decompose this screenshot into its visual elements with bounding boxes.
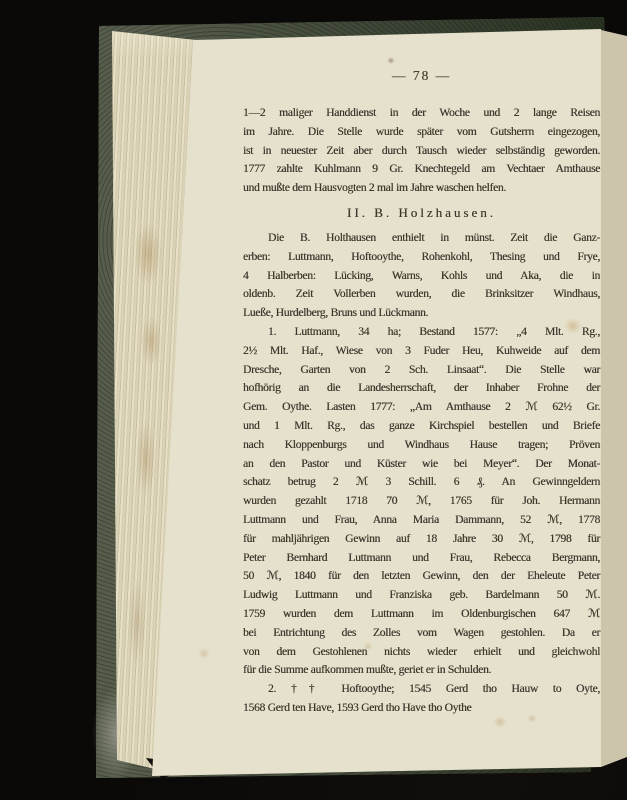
text-line: von dem Gestohlenen nichts wieder erhiel… <box>243 643 600 662</box>
text-line: Dresche, Garten von 2 Sch. Linsaat“. Die… <box>243 361 600 380</box>
text-line: Gem. Oythe. Lasten 1777: „Am Amthause 2 … <box>243 398 600 417</box>
text-line: Die B. Holthausen enthielt in münst. Zei… <box>243 229 600 248</box>
text-line: im Jahre. Die Stelle wurde später vom Gu… <box>243 123 600 142</box>
text-line: und mußte dem Hausvogten 2 mal im Jahre … <box>243 179 600 198</box>
text-line: 50 ℳ, 1840 für den letzten Gewinn, den d… <box>243 567 600 586</box>
text-line: wurden gezahlt 1718 70 ℳ, 1765 für Joh. … <box>243 492 600 511</box>
text-line: bei Entrichtung des Zolles vom Wagen ges… <box>243 624 600 643</box>
text-line: 1. Luttmann, 34 ha; Bestand 1577: „4 Mlt… <box>243 323 600 342</box>
text-line: und 1 Mlt. Rg., das ganze Kirchspiel bes… <box>243 417 600 436</box>
text-line: 1759 wurden dem Luttmann im Oldenburgisc… <box>243 605 600 624</box>
text-line: Peter Bernhard Luttmann und Frau, Rebecc… <box>243 549 600 568</box>
page-text: — 78 — 1—2 maliger Handdienst in der Woc… <box>243 66 600 718</box>
text-line: 1777 zahlte Kuhlmann 9 Gr. Knechtegeld a… <box>243 160 600 179</box>
text-line: erben: Luttmann, Hoftooythe, Rohenkohl, … <box>243 248 600 267</box>
page-number: — 78 — <box>243 66 600 86</box>
text-line: Lueße, Hurdelberg, Bruns und Lückmann. <box>243 304 600 323</box>
text-line: hofhörig an die Landesherrschaft, der In… <box>243 379 600 398</box>
text-line: 2. †† Hoftooythe; 1545 Gerd tho Hauw to … <box>243 680 600 699</box>
text-line: ist in neuester Zeit aber durch Tausch w… <box>243 142 600 161</box>
text-line: 1568 Gerd ten Have, 1593 Gerd tho Have t… <box>243 699 600 718</box>
text-line: nach Kloppenburgs und Windhaus Hause tra… <box>243 436 600 455</box>
section-heading: II. B. Holzhausen. <box>243 203 600 223</box>
text-line: 2½ Mlt. Haf., Wiese von 3 Fuder Heu, Kuh… <box>243 342 600 361</box>
book-photo: — 78 — 1—2 maliger Handdienst in der Woc… <box>0 0 627 800</box>
text-line: oldenb. Zeit Vollerben wurden, die Brink… <box>243 285 600 304</box>
text-line: für mahljährigen Gewinn auf 18 Jahre 30 … <box>243 530 600 549</box>
text-line: Luttmann und Frau, Anna Maria Dammann, 5… <box>243 511 600 530</box>
text-line: an den Pastor und Küster wie bei Meyer“.… <box>243 455 600 474</box>
text-line: Ludwig Luttmann und Franziska geb. Barde… <box>243 586 600 605</box>
text-line: 1—2 maliger Handdienst in der Woche und … <box>243 104 600 123</box>
text-line: schatz betrug 2 ℳ 3 Schill. 6 ₰. An Gewi… <box>243 473 600 492</box>
text-line: für die Summe aufkommen mußte, geriet er… <box>243 661 600 680</box>
text-line: 4 Halberben: Lücking, Warns, Kohls und A… <box>243 267 600 286</box>
text-flow: 1—2 maliger Handdienst in der Woche und … <box>243 104 600 718</box>
